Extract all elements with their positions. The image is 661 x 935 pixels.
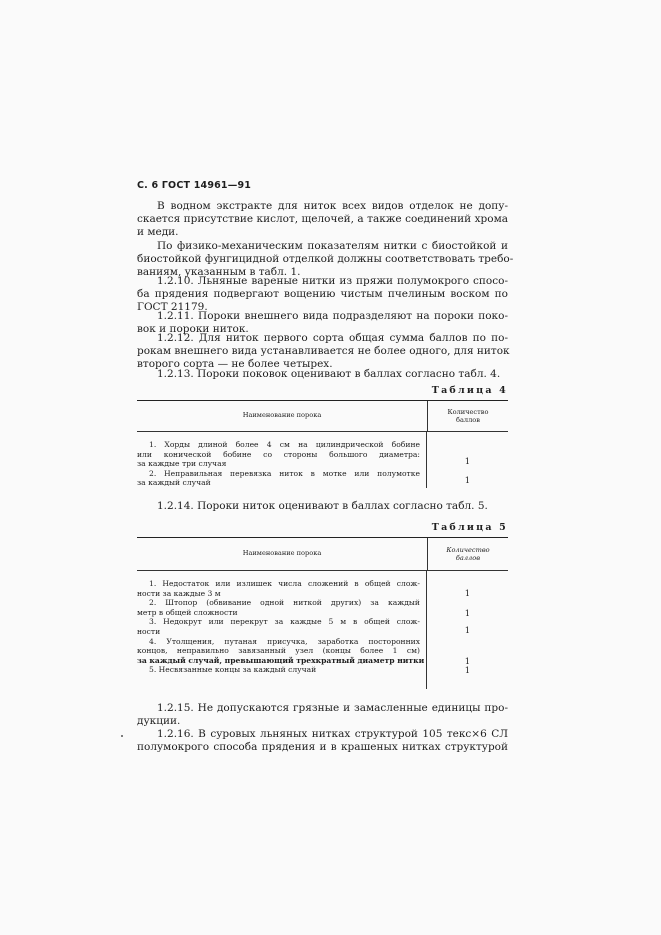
text-line: 1.2.16. В суровых льняных нитках структу… [137, 728, 508, 741]
table-row-text: 3. Недокрут или перекрут за каждые 5 м в… [137, 617, 426, 627]
text-line: полумокрого способа прядения и в крашены… [137, 741, 508, 754]
column-header-defect-name: Наименование порока [137, 538, 428, 570]
column-header-points: Количество баллов [428, 401, 508, 431]
table-row-text: за каждый случай [137, 478, 426, 488]
table-row-text: за каждый случай, превышающий трехкратны… [137, 656, 426, 666]
table-score: 1 [427, 627, 508, 637]
document-page: С. 6 ГОСТ 14961—91 В водном экстракте дл… [137, 0, 508, 935]
column-header-defect-name: Наименование порока [137, 401, 428, 431]
text-line: 1.2.11. Пороки внешнего вида подразделяю… [137, 310, 508, 323]
table-row-text: или конической бобине со стороны большог… [137, 450, 426, 460]
scan-artifact [121, 735, 123, 737]
paragraph-1-2-16: 1.2.16. В суровых льняных нитках структу… [137, 728, 508, 754]
text-line: По физико-механическим показателям нитки… [137, 240, 508, 253]
table-row-text: ности [137, 627, 426, 637]
text-line: 1.2.10. Льняные вареные нитки из пряжи п… [137, 275, 508, 288]
text-line: В водном экстракте для ниток всех видов … [137, 200, 508, 213]
table-4: Наименование порока Количество баллов 1.… [137, 400, 508, 488]
text-line: скается присутствие кислот, щелочей, а т… [137, 213, 508, 226]
table-score: 1 [427, 477, 508, 487]
text-line: биостойкой фунгицидной отделкой должны с… [137, 253, 508, 266]
table-row-text: ности за каждые 3 м [137, 589, 426, 599]
table-row-text: концов, неправильно завязанный узел (кон… [137, 646, 426, 656]
table-row-text: за каждые три случая [137, 459, 426, 469]
text-line: ба прядения подвергают вощению чистым пч… [137, 288, 508, 301]
table-5-caption: Таблица 5 [432, 522, 508, 533]
paragraph-1-2-10: 1.2.10. Льняные вареные нитки из пряжи п… [137, 275, 508, 315]
text-line: рокам внешнего вида устанавливается не б… [137, 345, 508, 358]
text-line: дукции. [137, 715, 508, 728]
table-4-body: 1. Хорды длиной более 4 см на цилиндриче… [137, 432, 508, 488]
text-line: 1.2.14. Пороки ниток оценивают в баллах … [137, 500, 508, 513]
table-row-text: 2. Неправильная перевязка ниток в мотке … [137, 469, 426, 479]
table-row-text: 1. Недостаток или излишек числа сложений… [137, 579, 426, 589]
table-5-header: Наименование порока Количество баллов [137, 538, 508, 571]
text-line: 1.2.15. Не допускаются грязные и замасле… [137, 702, 508, 715]
paragraph-physical-properties: По физико-механическим показателям нитки… [137, 240, 508, 280]
paragraph-1-2-15: 1.2.15. Не допускаются грязные и замасле… [137, 702, 508, 728]
page-header: С. 6 ГОСТ 14961—91 [137, 180, 251, 191]
table-score: 1 [427, 610, 508, 620]
paragraph-1-2-12: 1.2.12. Для ниток первого сорта общая су… [137, 332, 508, 372]
table-row-text: 1. Хорды длиной более 4 см на цилиндриче… [137, 440, 426, 450]
table-score: 1 [427, 667, 508, 677]
table-score: 1 [427, 590, 508, 600]
table-row-text: 5. Несвязанные концы за каждый случай [137, 665, 426, 675]
paragraph-1-2-13: 1.2.13. Пороки поковок оценивают в балла… [137, 368, 508, 381]
paragraph-1-2-14: 1.2.14. Пороки ниток оценивают в баллах … [137, 500, 508, 513]
table-row-text: 4. Утолщения, путаная присучка, заработк… [137, 637, 426, 647]
table-row-text: метр в общей сложности [137, 608, 426, 618]
table-5-body: 1. Недостаток или излишек числа сложений… [137, 571, 508, 689]
text-line: и меди. [137, 226, 508, 239]
column-header-points: Количество баллов [428, 538, 508, 570]
table-row-text: 2. Штопор (обвивание одной ниткой других… [137, 598, 426, 608]
paragraph-extract: В водном экстракте для ниток всех видов … [137, 200, 508, 240]
table-4-caption: Таблица 4 [432, 385, 508, 396]
table-score: 1 [427, 458, 508, 468]
table-5: Наименование порока Количество баллов 1.… [137, 537, 508, 689]
table-4-header: Наименование порока Количество баллов [137, 401, 508, 432]
text-line: 1.2.12. Для ниток первого сорта общая су… [137, 332, 508, 345]
text-line: 1.2.13. Пороки поковок оценивают в балла… [137, 368, 508, 381]
